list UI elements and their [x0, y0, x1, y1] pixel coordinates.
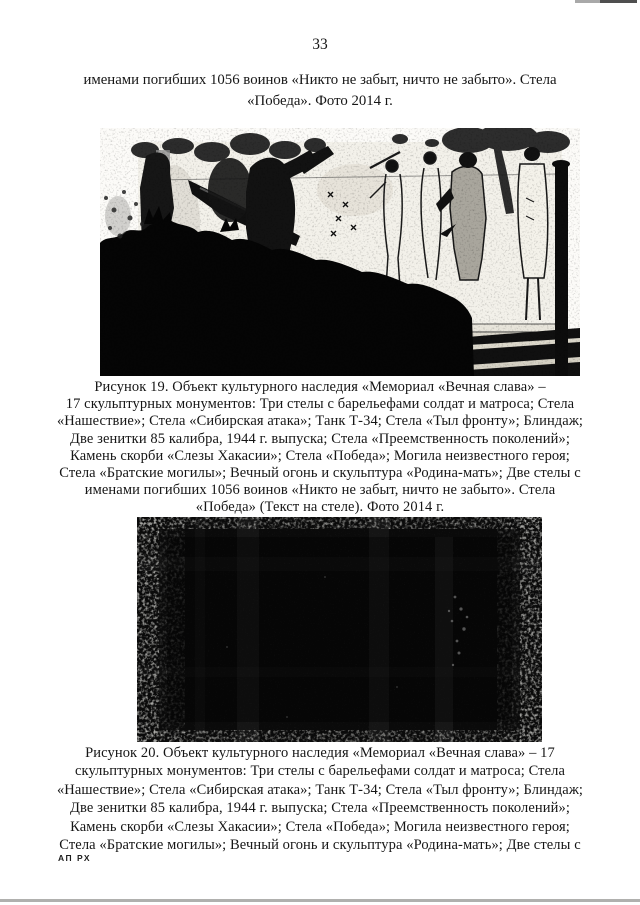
figure-20-caption: Рисунок 20. Объект культурного наследия … [36, 744, 604, 854]
bas-relief-photo-svg [100, 128, 580, 376]
intro-paragraph: именами погибших 1056 воинов «Никто не з… [60, 70, 580, 112]
scan-artifact-dark [600, 0, 637, 3]
page-bottom-rule [0, 899, 640, 902]
page-number: 33 [0, 36, 640, 54]
footer-stamp: АП РХ [58, 853, 91, 863]
figure-19-caption: Рисунок 19. Объект культурного наследия … [36, 379, 604, 517]
scan-artifact-light [575, 0, 600, 3]
document-page: 33 именами погибших 1056 воинов «Никто н… [0, 0, 640, 905]
figure-19-photo [100, 128, 580, 376]
dark-photo-svg [137, 517, 542, 742]
figure-20-photo [137, 517, 542, 742]
